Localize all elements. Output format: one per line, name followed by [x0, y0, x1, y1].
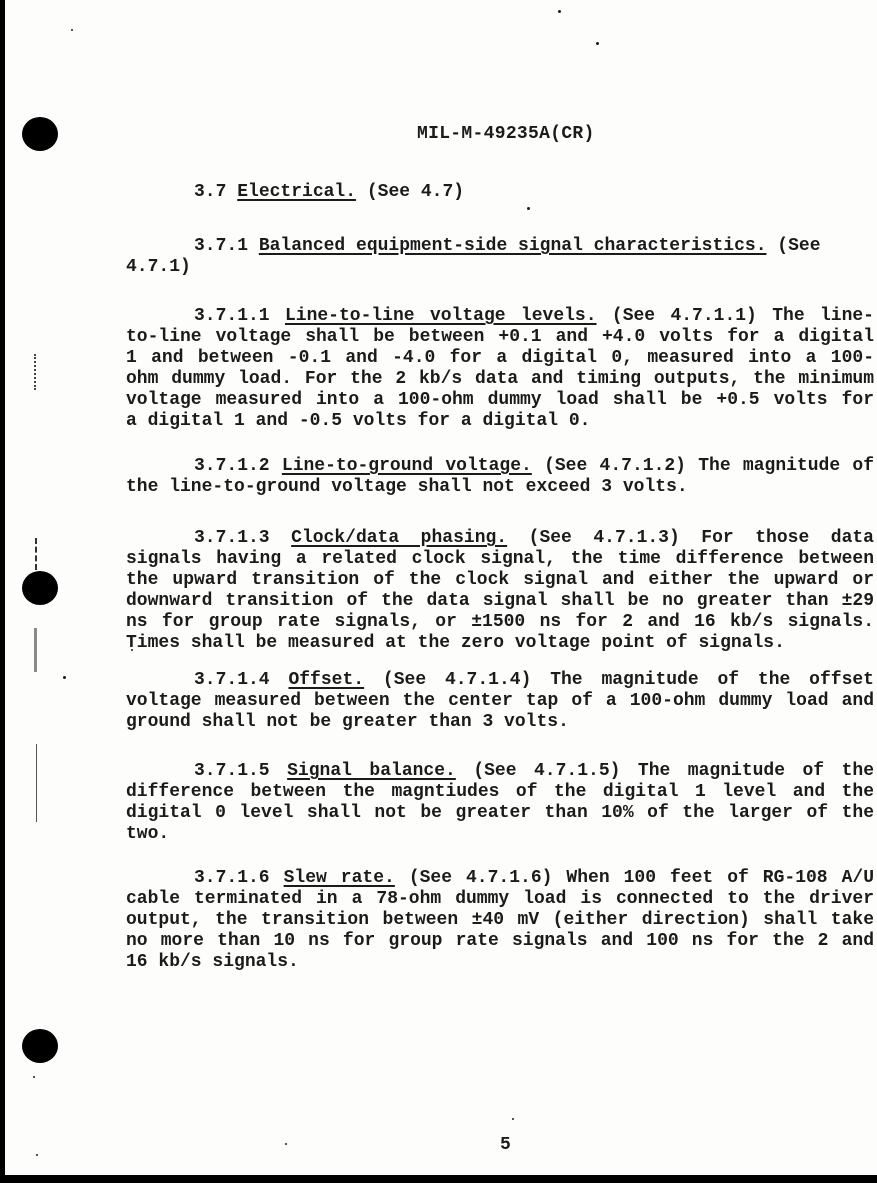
text-line: two.	[126, 824, 874, 845]
text-line: 3.7.1.4 Offset. (See 4.7.1.4) The magnit…	[126, 670, 874, 691]
text-line: output, the transition between ±40 mV (e…	[126, 910, 874, 931]
text-line: ground shall not be greater than 3 volts…	[126, 712, 874, 733]
paragraph-3.7.1: 3.7.1 Balanced equipment-side signal cha…	[126, 236, 874, 278]
section-title-underlined: Line-to-line voltage levels.	[285, 306, 597, 326]
paper-speck	[596, 42, 599, 45]
paper-speck	[512, 1118, 514, 1120]
text-line: 3.7.1.3 Clock/data phasing. (See 4.7.1.3…	[126, 528, 874, 549]
text-line: the line-to-ground voltage shall not exc…	[126, 477, 874, 498]
section-title-underlined: Slew rate.	[284, 868, 395, 888]
paragraph-3.7.1.5: 3.7.1.5 Signal balance. (See 4.7.1.5) Th…	[126, 761, 874, 845]
text-line: voltage measured into a 100-ohm dummy lo…	[126, 390, 874, 411]
text-line: 1 and between -0.1 and -4.0 for a digita…	[126, 348, 874, 369]
section-title-underlined: Clock/data phasing.	[291, 528, 507, 548]
text-line: 3.7.1.5 Signal balance. (See 4.7.1.5) Th…	[126, 761, 874, 782]
paragraph-3.7.1.2: 3.7.1.2 Line-to-ground voltage. (See 4.7…	[126, 456, 874, 498]
section-title-underlined: Line-to-ground voltage.	[282, 456, 532, 476]
paragraph-3.7.1.4: 3.7.1.4 Offset. (See 4.7.1.4) The magnit…	[126, 670, 874, 733]
text-line: 3.7 Electrical. (See 4.7)	[126, 182, 874, 203]
margin-mark	[36, 744, 37, 822]
text-line: digital 0 level shall not be greater tha…	[126, 803, 874, 824]
text-line: ns for group rate signals, or ±1500 ns f…	[126, 612, 874, 633]
paper-speck	[527, 207, 530, 210]
paragraph-3.7.1.6: 3.7.1.6 Slew rate. (See 4.7.1.6) When 10…	[126, 868, 874, 973]
hole-punch-mark-middle	[22, 571, 58, 605]
section-title-underlined: Offset.	[288, 670, 364, 690]
scan-left-edge-bar	[0, 0, 5, 1183]
text-line: ohm dummy load. For the 2 kb/s data and …	[126, 369, 874, 390]
text-line: 3.7.1.1 Line-to-line voltage levels. (Se…	[126, 306, 874, 327]
hole-punch-mark-top	[22, 117, 58, 151]
text-line: voltage measured between the center tap …	[126, 691, 874, 712]
text-line: difference between the magntiudes of the…	[126, 782, 874, 803]
paragraph-3.7.1.1: 3.7.1.1 Line-to-line voltage levels. (Se…	[126, 306, 874, 432]
text-line: 3.7.1 Balanced equipment-side signal cha…	[126, 236, 874, 257]
text-line: to-line voltage shall be between +0.1 an…	[126, 327, 874, 348]
margin-mark	[34, 628, 37, 672]
text-line: no more than 10 ns for group rate signal…	[126, 931, 874, 952]
paper-speck	[33, 1076, 35, 1078]
scan-bottom-edge-bar	[0, 1175, 877, 1183]
document-id-header: MIL-M-49235A(CR)	[417, 124, 595, 145]
text-line: signals having a related clock signal, t…	[126, 549, 874, 570]
paragraph-3.7.1.3: 3.7.1.3 Clock/data phasing. (See 4.7.1.3…	[126, 528, 874, 654]
text-line: 16 kb/s signals.	[126, 952, 874, 973]
margin-mark	[34, 354, 36, 390]
paper-speck	[131, 649, 133, 651]
text-line: downward transition of the data signal s…	[126, 591, 874, 612]
paper-speck	[71, 29, 73, 31]
section-title-underlined: Balanced equipment-side signal character…	[259, 236, 767, 256]
section-title-underlined: Signal balance.	[287, 761, 456, 781]
text-line: 4.7.1)	[126, 257, 874, 278]
text-line: the upward transition of the clock signa…	[126, 570, 874, 591]
paper-speck	[558, 10, 561, 13]
section-title-underlined: Electrical.	[237, 182, 356, 202]
text-line: 3.7.1.6 Slew rate. (See 4.7.1.6) When 10…	[126, 868, 874, 889]
paragraph-3.7: 3.7 Electrical. (See 4.7)	[126, 182, 874, 203]
paper-speck	[63, 676, 66, 679]
text-line: Times shall be measured at the zero volt…	[126, 633, 874, 654]
page-number: 5	[500, 1135, 511, 1156]
hole-punch-mark-bottom	[22, 1029, 58, 1063]
text-line: 3.7.1.2 Line-to-ground voltage. (See 4.7…	[126, 456, 874, 477]
text-line: cable terminated in a 78-ohm dummy load …	[126, 889, 874, 910]
paper-speck	[36, 1154, 38, 1156]
text-line: a digital 1 and -0.5 volts for a digital…	[126, 411, 874, 432]
paper-speck	[285, 1143, 287, 1145]
margin-mark	[35, 538, 37, 570]
scanned-page: MIL-M-49235A(CR) 3.7 Electrical. (See 4.…	[0, 0, 877, 1183]
